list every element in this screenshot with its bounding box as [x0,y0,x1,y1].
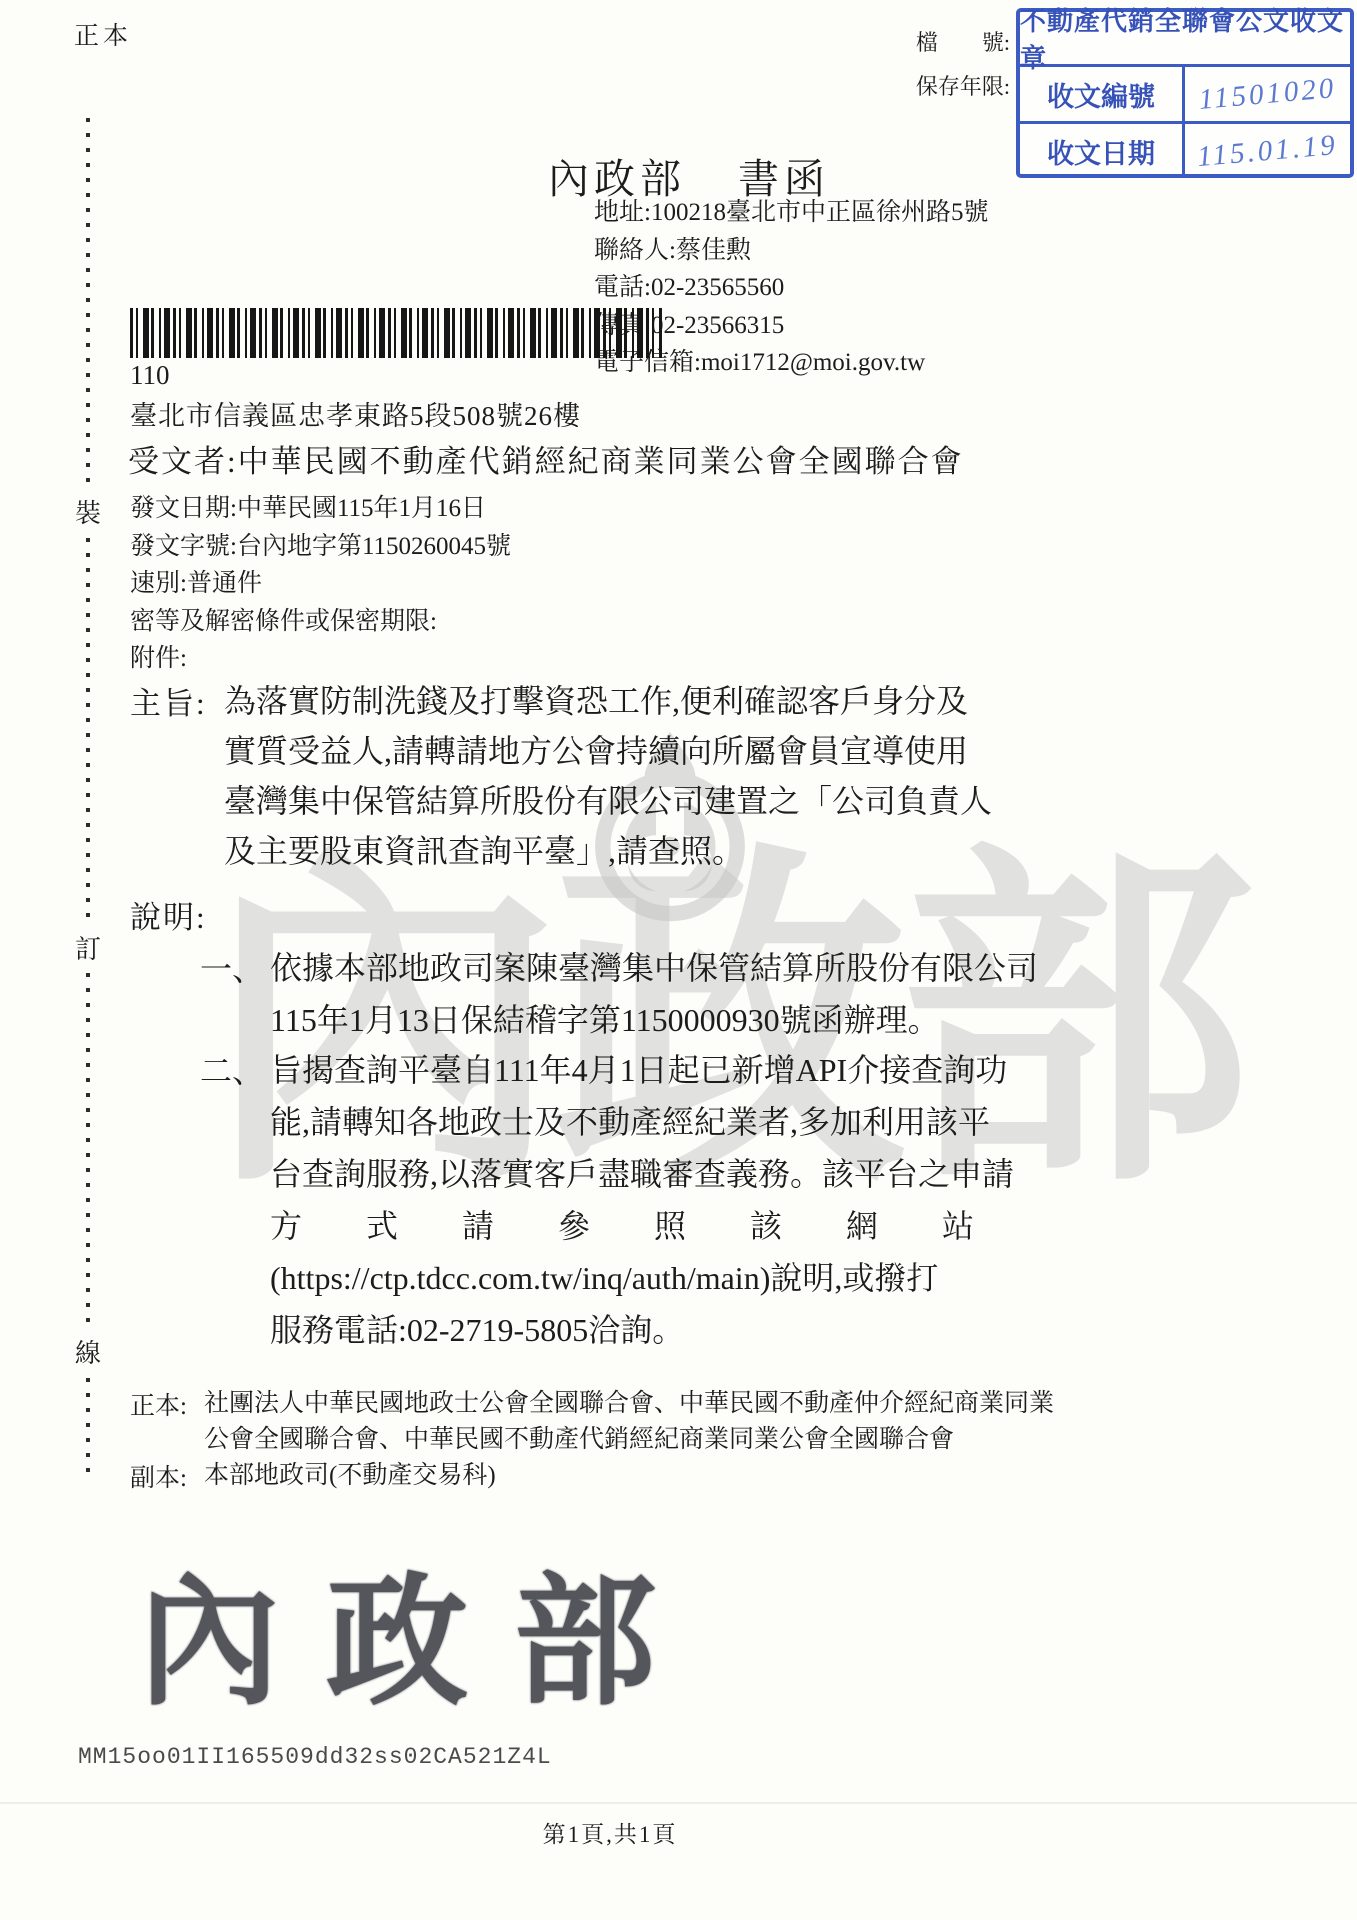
description-item1-number: 一、 [200,944,264,990]
description-item2-text: 旨揭查詢平臺自111年4月1日起已新增API介接查詢功 能,請轉知各地政士及不動… [270,1044,1115,1356]
receipt-stamp: 不動產代銷全聯會公文收文章 收文編號 11501020 收文日期 115.01.… [1016,8,1354,178]
duplicate-copy-label: 副本: [130,1458,187,1494]
binding-mark-ding: 訂 [74,924,102,971]
ministry-seal-stamp: 內政部 [138,1528,702,1732]
receipt-number-label: 收文編號 [1020,67,1185,121]
receipt-stamp-title: 不動產代銷全聯會公文收文章 [1020,12,1350,67]
recipient-line: 受文者:中華民國不動產代銷經紀商業同業公會全國聯合會 [128,436,964,481]
barcode-number: 110 [130,360,170,391]
sender-contact-person-line: 聯絡人:蔡佳勲 [594,232,988,270]
barcode [130,308,662,358]
retention-period-label: 保存年限: [916,70,1010,101]
security-class-line: 密等及解密條件或保密期限: [130,603,511,641]
receipt-number-row: 收文編號 11501020 [1020,67,1350,124]
sender-address-line: 地址:100218臺北市中正區徐州路5號 [594,194,988,232]
speed-class-line: 速別:普通件 [130,565,511,603]
document-meta-block: 發文日期:中華民國115年1月16日 發文字號:台內地字第1150260045號… [130,490,511,678]
description-item1-text: 依據本部地政司案陳臺灣集中保管結算所股份有限公司 115年1月13日保結稽字第1… [270,942,1115,1046]
receipt-date-label: 收文日期 [1020,124,1185,178]
sender-phone-line: 電話:02-23565560 [594,269,988,307]
attachment-line: 附件: [130,640,511,678]
binding-mark-zhuang: 裝 [74,488,102,535]
receipt-date-row: 收文日期 115.01.19 [1020,124,1350,178]
page-number: 第1頁,共1頁 [0,1816,1220,1849]
binding-mark-xian: 線 [74,1328,102,1375]
issue-number-line: 發文字號:台內地字第1150260045號 [130,528,511,566]
receipt-date-value: 115.01.19 [1183,117,1352,185]
original-copy-recipients: 社團法人中華民國地政士公會全國聯合會、中華民國不動產仲介經紀商業同業 公會全國聯… [204,1386,1114,1458]
document-tracking-code: MM15oo01II165509dd32ss02CA521Z4L [78,1744,552,1770]
description-item2-number: 二、 [200,1046,264,1092]
recipient-address: 臺北市信義區忠孝東路5段508號26樓 [130,394,581,433]
issue-date-line: 發文日期:中華民國115年1月16日 [130,490,511,528]
scanned-official-letter: 內政部 裝 訂 線 正本 檔 號: 保存年限: 不動產代銷全聯會公文收文章 收文… [0,0,1357,1920]
original-copy-label: 正本: [130,1386,187,1422]
footer-divider [0,1802,1357,1804]
subject-label: 主旨: [130,678,207,723]
binding-dotted-line [86,118,90,1476]
file-number-label: 檔 號: [916,26,1010,57]
description-label: 說明: [130,892,207,937]
subject-text: 為落實防制洗錢及打擊資恐工作,便利確認客戶身分及 實質受益人,請轉請地方公會持續… [224,676,1024,876]
copy-type-label: 正本 [74,16,132,52]
duplicate-copy-recipients: 本部地政司(不動產交易科) [204,1458,1114,1494]
